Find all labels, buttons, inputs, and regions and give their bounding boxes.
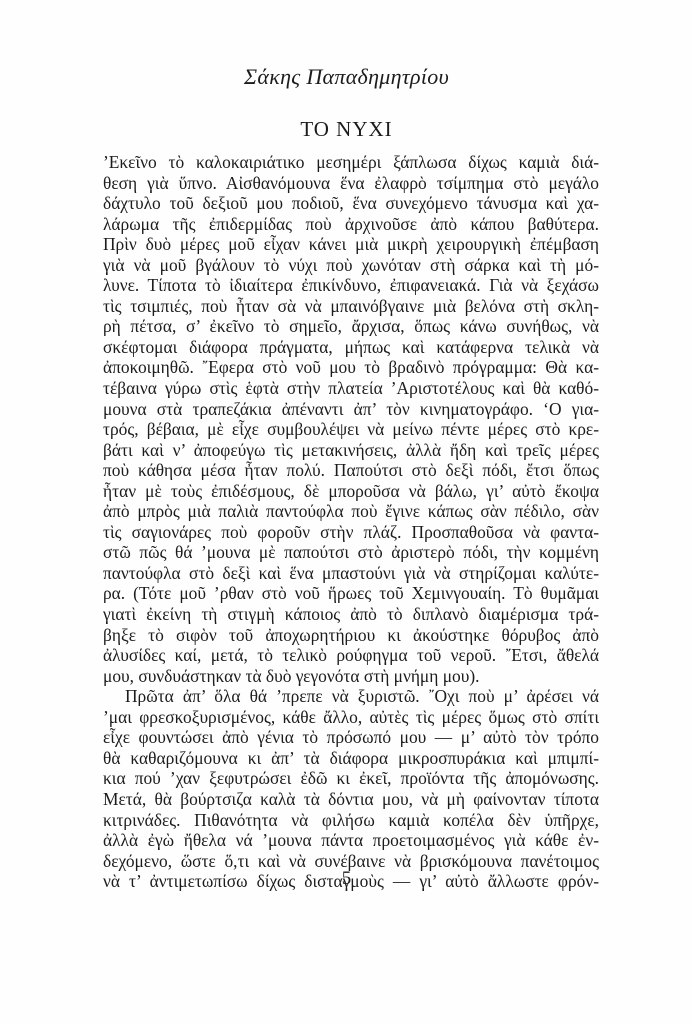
text-line: ἀλυσίδες καί, μετά, τὸ τελικὸ ρούφηγμα τ… xyxy=(103,645,599,666)
text-line: ἦταν μὲ τοὺς ἐπιδέσμους, δὲ μποροῦσα νὰ … xyxy=(103,481,599,502)
author-name: Σάκης Παπαδημητρίου xyxy=(0,64,693,90)
text-line: παντούφλα στὸ δεξὶ καὶ ἕνα μπαστούνι γιὰ… xyxy=(103,563,599,584)
text-line: εἶχε φουντώσει ἀπὸ γένια τὸ πρόσωπό μου … xyxy=(103,727,599,748)
text-line: Μετά, θὰ βούρτσιζα καλὰ τὰ δόντια μου, ν… xyxy=(103,789,599,810)
text-line: ρα. (Τότε μοῦ ’ρθαν στὸ νοῦ ἥρωες τοῦ Χε… xyxy=(103,583,599,604)
text-line: κιτρινάδες. Πιθανότητα νὰ φιλήσω καμιὰ κ… xyxy=(103,810,599,831)
text-line: ’μαι φρεσκοξυρισμένος, κάθε ἄλλο, αὐτὲς … xyxy=(103,707,599,728)
book-page: Σάκης Παπαδημητρίου ΤΟ ΝΥΧΙ ’Εκεῖνο τὸ κ… xyxy=(0,0,693,1024)
text-line: μου, συνδυάστηκαν τὰ δυὸ γεγονότα στὴ μν… xyxy=(103,666,599,687)
text-line: τρός, βέβαια, μὲ εἶχε συμβουλέψει νὰ μεί… xyxy=(103,419,599,440)
text-line: ἀποκοιμηθῶ. ῎Εφερα στὸ νοῦ μου τὸ βραδιν… xyxy=(103,357,599,378)
chapter-title: ΤΟ ΝΥΧΙ xyxy=(0,117,693,142)
text-line: σκέφτομαι διάφορα πράγματα, μήπως καὶ κα… xyxy=(103,337,599,358)
text-line: ἀπὸ μπρὸς μιὰ παλιὰ παντούφλα ποὺ ἔγινε … xyxy=(103,501,599,522)
text-line: λάρωμα τῆς ἐπιδερμίδας ποὺ ἀρχινοῦσε ἀπὸ… xyxy=(103,214,599,235)
body-text: ’Εκεῖνο τὸ καλοκαιριάτικο μεσημέρι ξάπλω… xyxy=(103,152,599,892)
text-line: Πρῶτα ἀπ’ ὅλα θά ’πρεπε νὰ ξυριστῶ. ῎Οχι… xyxy=(103,686,599,707)
text-line: βάτι καὶ ν’ ἀποφεύγω τὶς μετακινήσεις, ἀ… xyxy=(103,440,599,461)
text-line: γιατὶ ἐκείνη τὴ στιγμὴ κάποιος ἀπὸ τὸ δι… xyxy=(103,604,599,625)
text-line: τὶς τσιμπιές, ποὺ ἦταν σὰ νὰ μπαινόβγαιν… xyxy=(103,296,599,317)
text-line: θεση γιὰ ὕπνο. Αἰσθανόμουνα ἕνα ἐλαφρὸ τ… xyxy=(103,173,599,194)
paragraph-1: ’Εκεῖνο τὸ καλοκαιριάτικο μεσημέρι ξάπλω… xyxy=(103,152,599,686)
text-line: στῶ πῶς θά ’μουνα μὲ παπούτσι στὸ ἀριστε… xyxy=(103,542,599,563)
text-line: Πρὶν δυὸ μέρες μοῦ εἶχαν κάνει μιὰ μικρὴ… xyxy=(103,234,599,255)
text-line: δάχτυλο τοῦ δεξιοῦ μου ποδιοῦ, ἕνα συνεχ… xyxy=(103,193,599,214)
text-line: τὶς σαγιονάρες ποὺ φοροῦν στὴν πλάζ. Προ… xyxy=(103,522,599,543)
text-line: μουνα στὰ τραπεζάκια ἀπέναντι ἀπ’ τὸν κι… xyxy=(103,399,599,420)
text-line: ἀλλὰ ἐγὼ ἤθελα νά ’μουνα πάντα προετοιμα… xyxy=(103,830,599,851)
text-line: ποὺ κάθησα μέσα ἦταν πολύ. Παπούτσι στὸ … xyxy=(103,460,599,481)
text-line: λυνε. Τίποτα τὸ ἰδιαίτερα ἐπικίνδυνο, ἐπ… xyxy=(103,275,599,296)
text-line: τέβαινα γύρω στὶς ἑφτὰ στὴν πλατεία ’Αρι… xyxy=(103,378,599,399)
text-line: ρὴ πέτσα, σ’ ἐκεῖνο τὸ σημεῖο, ἄρχισα, ὅ… xyxy=(103,316,599,337)
text-line: κια πού ’χαν ξεφυτρώσει ἐδῶ κι ἐκεῖ, προ… xyxy=(103,768,599,789)
page-number: 5 xyxy=(0,868,693,890)
paragraph-2: Πρῶτα ἀπ’ ὅλα θά ’πρεπε νὰ ξυριστῶ. ῎Οχι… xyxy=(103,686,599,891)
text-line: θὰ καθαριζόμουνα κι ἀπ’ τὰ διάφορα μικρο… xyxy=(103,748,599,769)
text-line: βηξε τὸ σιφὸν τοῦ ἀποχωρητήριου κι ἀκούσ… xyxy=(103,625,599,646)
text-line: γιὰ νὰ μοῦ βγάλουν τὸ νύχι ποὺ χωνόταν σ… xyxy=(103,255,599,276)
text-line: ’Εκεῖνο τὸ καλοκαιριάτικο μεσημέρι ξάπλω… xyxy=(103,152,599,173)
